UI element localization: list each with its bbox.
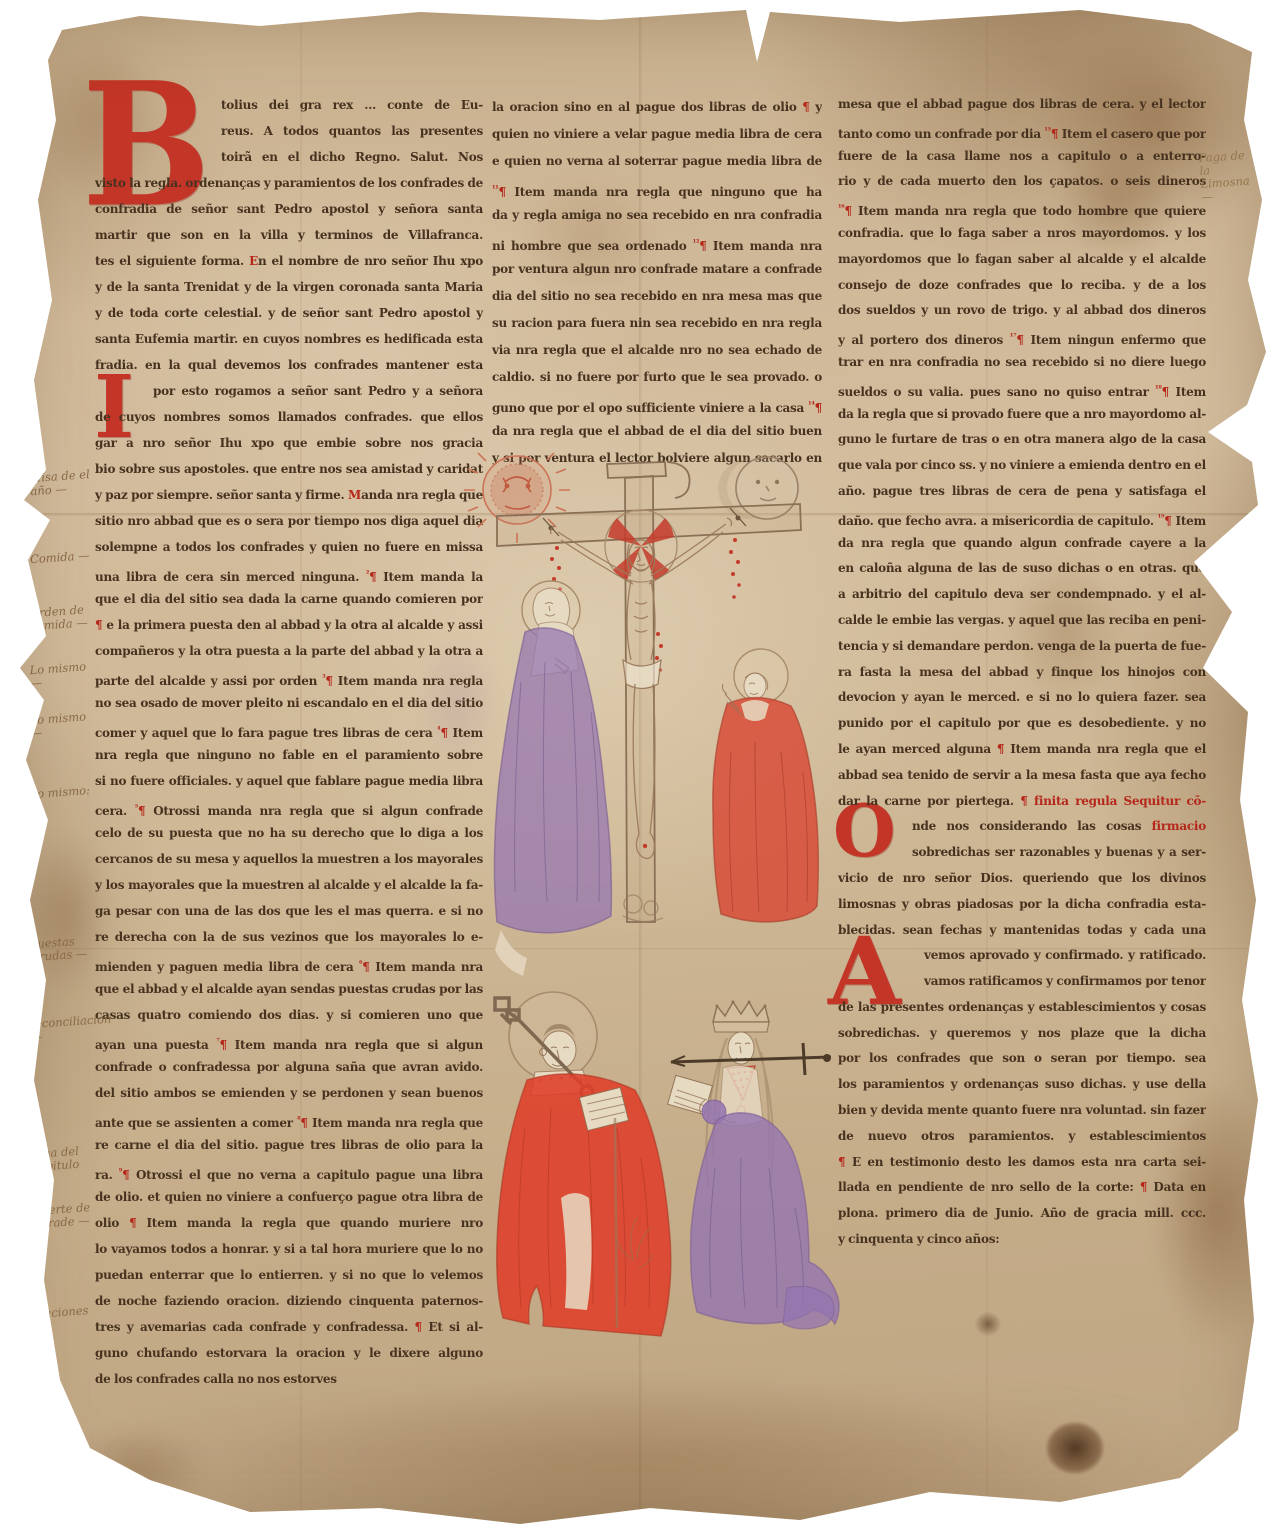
manuscript-text-line: vamos ratificamos y confirmamos por teno…	[838, 969, 1206, 995]
manuscript-text-line: tencia y si demandare perdon. venga de l…	[838, 634, 1206, 660]
manuscript-text-line: devocion y ayan le merced. e si no lo qu…	[838, 685, 1206, 711]
parchment-sheet: B I O A tolius dei gra rex … conte de Eu…	[0, 0, 1280, 1539]
manuscript-text-line: dar la carne por piertega. ¶ finita regu…	[838, 789, 1206, 815]
stain	[60, 1380, 1210, 1530]
manuscript-text-line: celo de su puesta que no ha su derecho q…	[95, 820, 483, 846]
margin-note: Misa de el año —	[29, 468, 95, 498]
manuscript-text-line: tres y avemarias cada confrade y confrad…	[95, 1314, 483, 1340]
pilcrow-mark: ¶	[1164, 514, 1171, 528]
manuscript-text-line: rio y de cada muerto den los çapatos. o …	[838, 169, 1206, 195]
manuscript-text-line: puedan enterrar que lo entierren. y si n…	[95, 1262, 483, 1288]
manuscript-text-line: de olio. et quien no viniere a confuerço…	[95, 1184, 483, 1210]
manuscript-text-line: sobredichas ser razonables y buenas y a …	[838, 840, 1206, 866]
pilcrow-mark: ¶	[415, 1320, 422, 1334]
pilcrow-mark: ¶	[1162, 385, 1169, 399]
saint-peter-figure	[495, 992, 671, 1336]
stain	[65, 1425, 210, 1520]
text-column-center: la oracion sino en al pague dos libras d…	[492, 94, 822, 472]
manuscript-text-line: da y regla amiga no sea recebido en nra …	[492, 202, 822, 229]
saint-eufemia-figure	[668, 1001, 839, 1330]
manuscript-text-line: da la regla que si provado fuere que a n…	[838, 402, 1206, 428]
text-column-left: tolius dei gra rex … conte de Eu-reus. A…	[95, 92, 483, 1392]
pilcrow-mark: ¶	[369, 570, 376, 584]
manuscript-text-line: blecidas. sean fechas y mantenidas todas…	[838, 918, 1206, 944]
manuscript-text-line: da nra regla que el abbad de el dia del …	[492, 418, 822, 445]
manuscript-text-line: da nra regla que quando algun confrade c…	[838, 531, 1206, 557]
manuscript-text-line: le ayan merced alguna ¶ Item manda nra r…	[838, 737, 1206, 763]
manuscript-text-line: dos sueldos y un rovo de trigo. y al abb…	[838, 298, 1206, 324]
pilcrow-mark: ¶	[122, 1168, 129, 1182]
manuscript-text-line: compañeros y la otra puesta a la parte d…	[95, 638, 483, 664]
manuscript-text-line: limosnas y obras piadosas por la dicha c…	[838, 892, 1206, 918]
manuscript-text-line: confradia. que lo faga saber a nros mayo…	[838, 221, 1206, 247]
pilcrow-mark: ¶	[300, 1116, 307, 1130]
manuscript-text-line: mayordomos que lo fagan saber al alcalde…	[838, 247, 1206, 273]
manuscript-text-line: que el abbad y el alcalde ayan sendas pu…	[95, 976, 483, 1002]
manuscript-text-line: una libra de cera sin merced ninguna. ²¶…	[95, 560, 483, 586]
crown	[713, 1001, 769, 1033]
manuscript-text-line: nde nos considerando las cosas firmacio …	[838, 814, 1206, 840]
manuscript-text-line: plona. primero dia de Junio. Año de grac…	[838, 1201, 1206, 1227]
manuscript-text-line: por los confrades que son o seran por ti…	[838, 1046, 1206, 1072]
saints-miniature	[465, 988, 845, 1338]
manuscript-text-line: vemos aprovado y confirmado. y ratificad…	[838, 943, 1206, 969]
manuscript-text-line: daño. que fecho avra. a misericordia de …	[838, 505, 1206, 531]
pilcrow-mark: ¶	[1051, 127, 1058, 141]
margin-note: Paga de la Limosna —	[1198, 148, 1259, 204]
manuscript-text-line: abbad sea tenido de servir a la mesa fas…	[838, 763, 1206, 789]
manuscript-text-line: que vala por cinco ss. y no viniere a em…	[838, 453, 1206, 479]
manuscript-text-line: consejo de doze confrades que lo reciba.…	[838, 273, 1206, 299]
crucifixion-miniature	[455, 452, 835, 992]
text-column-right: mesa que el abbad pague dos libras de ce…	[838, 92, 1206, 1253]
manuscript-text-line: gar a nro señor Ihu xpo que embie sobre …	[95, 430, 483, 456]
pilcrow-mark: ¶	[815, 401, 822, 415]
pilcrow-mark: ¶	[1020, 794, 1027, 808]
manuscript-text-line: y paz por siempre. señor santa y firme. …	[95, 482, 483, 508]
pilcrow-mark: ¶	[220, 1038, 227, 1052]
pilcrow-mark: ¶	[499, 185, 506, 199]
pilcrow-mark: ¶	[138, 804, 145, 818]
saint-john-figure	[713, 649, 819, 922]
manuscript-text-line: guno que por el opo sufficiente viniere …	[492, 391, 822, 418]
manuscript-text-line: de las presentes ordenanças y establesci…	[838, 995, 1206, 1021]
manuscript-text-line: y de la santa Trenidat y de la virgen co…	[95, 274, 483, 300]
manuscript-text-line: sueldos o su valia. pues sano no quiso e…	[838, 376, 1206, 402]
pilcrow-mark: ¶	[325, 674, 332, 688]
manuscript-text-line: guno le furtare de tras o en otra manera…	[838, 427, 1206, 453]
margin-note: reconciliacion —	[29, 1014, 95, 1044]
scanned-manuscript-page: B I O A tolius dei gra rex … conte de Eu…	[0, 0, 1280, 1539]
manuscript-text-line: ga pesar con una de las dos que les el m…	[95, 898, 483, 924]
pilcrow-mark: ¶	[362, 960, 369, 974]
manuscript-text-line: toirã en el dicho Regno. Salut. Nos avie…	[95, 144, 483, 170]
manuscript-text-line: si no fuere officiales. y aquel que fabl…	[95, 768, 483, 794]
manuscript-text-line: reus. A todos quantos las presentes letr…	[95, 118, 483, 144]
manuscript-text-line: mienden y paguen media libra de cera ⁶¶ …	[95, 950, 483, 976]
manuscript-text-line: tanto como un confrade por dia ¹⁵¶ Item …	[838, 118, 1206, 144]
manuscript-text-line: parte del alcalde y assi por orden ³¶ It…	[95, 664, 483, 690]
manuscript-text-line: sobredichas. y queremos y nos plaze que …	[838, 1021, 1206, 1047]
manuscript-text-line: tolius dei gra rex … conte de Eu-	[95, 92, 483, 118]
manuscript-text-line: trar en nra confradia no sea recebido si…	[838, 350, 1206, 376]
manuscript-text-line: que el dia del sitio sea dada la carne q…	[95, 586, 483, 612]
pilcrow-mark: ¶	[802, 100, 809, 114]
manuscript-text-line: lo vayamos todos a honrar. y si a tal ho…	[95, 1236, 483, 1262]
margin-note: Orden de comida —	[29, 603, 95, 633]
manuscript-text-line: tes el siguiente forma. En el nombre de …	[95, 248, 483, 274]
manuscript-text-line: caldio. si no fuere por furto que le sea…	[492, 364, 822, 391]
pilcrow-mark: ¶	[95, 618, 102, 632]
pilcrow-mark: ¶	[845, 204, 852, 218]
manuscript-text-line: re derecha con la de sus vezinos que los…	[95, 924, 483, 950]
manuscript-text-line: solempne a todos los confrades y quien n…	[95, 534, 483, 560]
margin-note: Comida —	[30, 549, 95, 566]
manuscript-text-line: la oracion sino en al pague dos libras d…	[492, 94, 822, 121]
manuscript-text-line: re carne el dia del sitio. pague tres li…	[95, 1132, 483, 1158]
pilcrow-mark: ¶	[1140, 1180, 1147, 1194]
ink-spot	[975, 1312, 1001, 1336]
manuscript-text-line: punido por el capitulo por que es desobe…	[838, 711, 1206, 737]
manuscript-text-line: martir que son en la villa y terminos de…	[95, 222, 483, 248]
manuscript-text-line: confradia de señor sant Pedro apostol y …	[95, 196, 483, 222]
manuscript-text-line: los paramientos y ordenanças suso dichas…	[838, 1072, 1206, 1098]
manuscript-text-line: ¹¹¶ Item manda nra regla que ninguno que…	[492, 175, 822, 202]
manuscript-text-line: bio sobre sus apostoles. que entre nos s…	[95, 456, 483, 482]
manuscript-text-line: fuere de la casa llame nos a capitulo o …	[838, 144, 1206, 170]
pilcrow-mark: ¶	[699, 239, 706, 253]
pilcrow-mark: ¶	[997, 742, 1004, 756]
manuscript-text-line: ante que se assienten a comer ⁸¶ Item ma…	[95, 1106, 483, 1132]
manuscript-text-line: y de toda corte celestial. y de señor sa…	[95, 300, 483, 326]
manuscript-text-line: por ventura algun nro confrade matare a …	[492, 256, 822, 283]
manuscript-text-line: de noche faziendo oracion. diziendo cinq…	[95, 1288, 483, 1314]
manuscript-text-line: guno chufando estorvara la oracion y le …	[95, 1340, 483, 1366]
margin-note: Puestas Crudas —	[29, 934, 95, 964]
manuscript-text-line: a arbitrio del capitulo deva ser condemp…	[838, 582, 1206, 608]
margin-note: Oraciones —	[29, 1304, 95, 1334]
manuscript-text-line: dia del sitio no sea recebido en nra mes…	[492, 283, 822, 310]
manuscript-text-line: en caloña alguna de las de suso dichas o…	[838, 556, 1206, 582]
manuscript-text-line: confrade o confradessa por alguna saña q…	[95, 1054, 483, 1080]
manuscript-text-line: calde le embie las vergas. y aquel que l…	[838, 608, 1206, 634]
manuscript-text-line: de nuevo otros paramientos. y establesci…	[838, 1124, 1206, 1150]
manuscript-text-line: quien no viniere a velar pague media lib…	[492, 121, 822, 148]
pilcrow-mark: ¶	[129, 1216, 136, 1230]
margin-note: Lo mismo —	[29, 710, 95, 740]
pilcrow-mark: ¶	[1016, 333, 1023, 347]
margin-note: Pena del Capitulo —	[29, 1144, 96, 1187]
manuscript-text-line: no sea osado de mover pleito ni escandal…	[95, 690, 483, 716]
manuscript-text-line: llada en pendiente de nro sello de la co…	[838, 1175, 1206, 1201]
margin-note: Lo mismo —	[29, 660, 95, 690]
manuscript-text-line: de cuyos nombres somos llamados confrade…	[95, 404, 483, 430]
manuscript-text-line: ra. ⁹¶ Otrossi el que no verna a capitul…	[95, 1158, 483, 1184]
manuscript-text-line: año. pague tres libras de cera de pena y…	[838, 479, 1206, 505]
manuscript-text-line: visto la regla. ordenanças y paramientos…	[95, 170, 483, 196]
manuscript-text-line: ¶ e la primera puesta den al abbad y la …	[95, 612, 483, 638]
manuscript-text-line: bien y devida mente quanto fuere nra vol…	[838, 1098, 1206, 1124]
manuscript-text-line: mesa que el abbad pague dos libras de ce…	[838, 92, 1206, 118]
margin-note: Lo mismo: —	[29, 784, 95, 814]
manuscript-text-line: sitio nro abbad que es o sera por tiempo…	[95, 508, 483, 534]
manuscript-text-line: cercanos de su mesa y aquellos la muestr…	[95, 846, 483, 872]
ink-spot	[1046, 1422, 1104, 1474]
manuscript-text-line: y los mayorales que la muestren al alcal…	[95, 872, 483, 898]
manuscript-text-line: casas quatro comiendo dos dias. y si com…	[95, 1002, 483, 1028]
manuscript-text-line: ni hombre que sea ordenado ¹²¶ Item mand…	[492, 229, 822, 256]
manuscript-text-line: via nra regla que el alcalde nro no sea …	[492, 337, 822, 364]
manuscript-text-line: nra regla que ninguno no fable en el par…	[95, 742, 483, 768]
manuscript-text-line: olio ¶ Item manda la regla que quando mu…	[95, 1210, 483, 1236]
manuscript-text-line: ¶ E en testimonio desto les damos esta n…	[838, 1150, 1206, 1176]
manuscript-text-line: su racion para fuera nin sea recebido en…	[492, 310, 822, 337]
margin-note: Muerte de cofrade —	[29, 1201, 95, 1231]
manuscript-text-line: e quien no verna al soterrar pague media…	[492, 148, 822, 175]
blood-drops-right	[729, 538, 741, 599]
manuscript-text-line: comer y aquel que lo fara pague tres lib…	[95, 716, 483, 742]
manuscript-text-line: santa Eufemia martir. en cuyos nombres e…	[95, 326, 483, 352]
manuscript-text-line: ¹⁶¶ Item manda nra regla que todo hombre…	[838, 195, 1206, 221]
manuscript-text-line: y cinquenta y cinco años:	[838, 1227, 1206, 1253]
manuscript-text-line: ra fasta la mesa del abbad y finque los …	[838, 660, 1206, 686]
manuscript-text-line: del sitio ambos se emienden y se perdone…	[95, 1080, 483, 1106]
manuscript-text-line: ayan una puesta ⁷¶ Item manda nra regla …	[95, 1028, 483, 1054]
virgin-mary-figure	[494, 581, 611, 976]
manuscript-text-line: por esto rogamos a señor sant Pedro y a …	[95, 378, 483, 404]
manuscript-text-line: de los confrades calla no nos estorves	[95, 1366, 483, 1392]
manuscript-text-line: y al portero dos dineros ¹⁷¶ Item ningun…	[838, 324, 1206, 350]
pilcrow-mark: ¶	[440, 726, 447, 740]
manuscript-text-line: cera. ⁵¶ Otrossi manda nra regla que si …	[95, 794, 483, 820]
manuscript-text-line: fradia. en la qual devemos los confrades…	[95, 352, 483, 378]
manuscript-text-line: vicio de nro señor Dios. queriendo que l…	[838, 866, 1206, 892]
